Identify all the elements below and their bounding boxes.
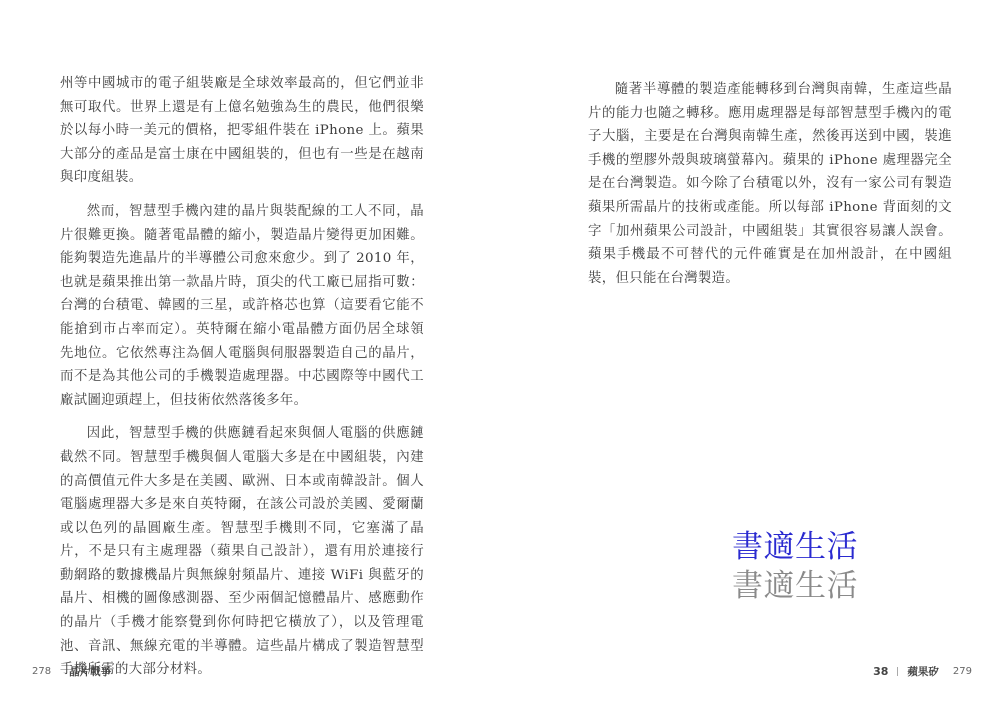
paragraph: 因此，智慧型手機的供應鏈看起來與個人電腦的供應鏈截然不同。智慧型手機與個人電腦大…	[60, 422, 424, 682]
right-page-body: 隨著半導體的製造產能轉移到台灣與南韓，生產這些晶片的能力也隨之轉移。應用處理器是…	[588, 78, 952, 300]
right-page-footer: 38 蘋果矽 279	[873, 664, 972, 679]
left-page-body: 州等中國城市的電子組裝廠是全球效率最高的，但它們並非無可取代。世界上還是有上億名…	[60, 72, 424, 692]
chapter-title: 蘋果矽	[907, 664, 939, 679]
left-page-footer: 278 晶片戰爭	[32, 664, 111, 679]
left-page: 州等中國城市的電子組裝廠是全球效率最高的，但它們並非無可取代。世界上還是有上億名…	[0, 0, 500, 709]
publisher-watermark-blue: 書適生活	[732, 530, 858, 564]
paragraph: 然而，智慧型手機內建的晶片與裝配線的工人不同，晶片很難更換。隨著電晶體的縮小，製…	[60, 200, 424, 412]
paragraph: 州等中國城市的電子組裝廠是全球效率最高的，但它們並非無可取代。世界上還是有上億名…	[60, 72, 424, 190]
publisher-watermark-gray: 書適生活	[732, 569, 858, 603]
right-page: 隨著半導體的製造產能轉移到台灣與南韓，生產這些晶片的能力也隨之轉移。應用處理器是…	[500, 0, 1000, 709]
page-number: 279	[953, 666, 972, 677]
book-title: 晶片戰爭	[69, 664, 111, 679]
page-number: 278	[32, 666, 51, 677]
paragraph: 隨著半導體的製造產能轉移到台灣與南韓，生產這些晶片的能力也隨之轉移。應用處理器是…	[588, 78, 952, 290]
footer-divider	[897, 667, 898, 676]
chapter-number: 38	[873, 665, 888, 678]
